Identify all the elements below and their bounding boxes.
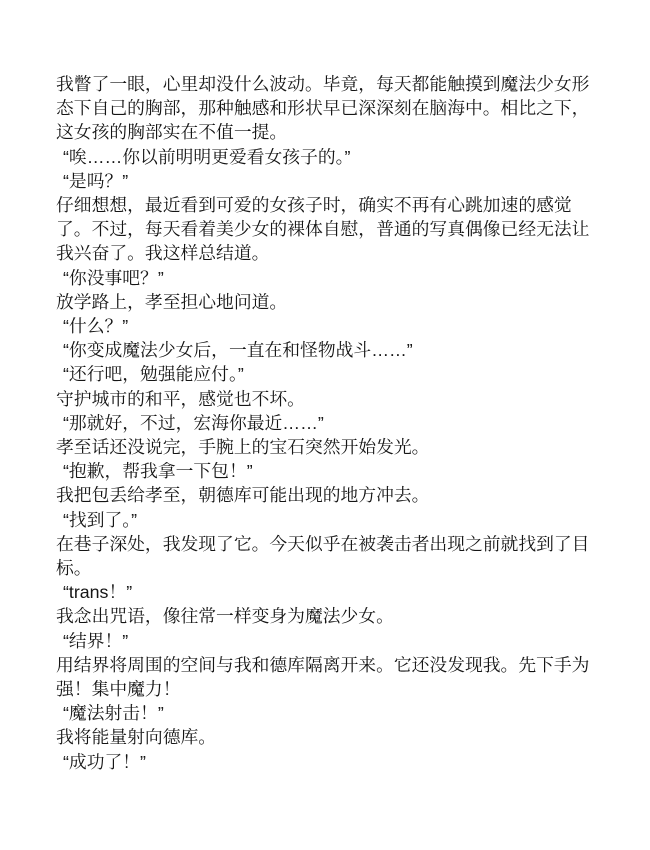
narration-paragraph: 我念出咒语，像往常一样变身为魔法少女。 <box>56 604 594 628</box>
narration-paragraph: 我把包丢给孝至，朝德库可能出现的地方冲去。 <box>56 483 594 507</box>
narration-paragraph: 放学路上，孝至担心地问道。 <box>56 290 594 314</box>
dialogue-paragraph: “是吗？” <box>56 169 594 193</box>
dialogue-paragraph: “抱歉，帮我拿一下包！” <box>56 459 594 483</box>
dialogue-paragraph: “成功了！” <box>56 750 594 774</box>
dialogue-paragraph: “找到了。” <box>56 508 594 532</box>
dialogue-paragraph: “那就好，不过，宏海你最近……” <box>56 411 594 435</box>
novel-text: 我瞥了一眼，心里却没什么波动。毕竟，每天都能触摸到魔法少女形态下自己的胸部，那种… <box>56 72 594 774</box>
narration-paragraph: 在巷子深处，我发现了它。今天似乎在被袭击者出现之前就找到了目标。 <box>56 532 594 580</box>
dialogue-paragraph: “还行吧，勉强能应付。” <box>56 362 594 386</box>
dialogue-paragraph: “你变成魔法少女后，一直在和怪物战斗……” <box>56 338 594 362</box>
narration-paragraph: 仔细想想，最近看到可爱的女孩子时，确实不再有心跳加速的感觉了。不过，每天看着美少… <box>56 193 594 266</box>
novel-page: 我瞥了一眼，心里却没什么波动。毕竟，每天都能触摸到魔法少女形态下自己的胸部，那种… <box>0 0 650 850</box>
narration-paragraph: 我将能量射向德库。 <box>56 725 594 749</box>
dialogue-paragraph: “结界！” <box>56 629 594 653</box>
narration-paragraph: 守护城市的和平，感觉也不坏。 <box>56 387 594 411</box>
dialogue-paragraph: “你没事吧？” <box>56 266 594 290</box>
narration-paragraph: 用结界将周围的空间与我和德库隔离开来。它还没发现我。先下手为强！集中魔力！ <box>56 653 594 701</box>
narration-paragraph: 孝至话还没说完，手腕上的宝石突然开始发光。 <box>56 435 594 459</box>
dialogue-paragraph: “魔法射击！” <box>56 701 594 725</box>
narration-paragraph: 我瞥了一眼，心里却没什么波动。毕竟，每天都能触摸到魔法少女形态下自己的胸部，那种… <box>56 72 594 145</box>
dialogue-paragraph: “什么？” <box>56 314 594 338</box>
dialogue-paragraph: “唉……你以前明明更爱看女孩子的。” <box>56 145 594 169</box>
dialogue-paragraph: “trans！” <box>56 580 594 604</box>
